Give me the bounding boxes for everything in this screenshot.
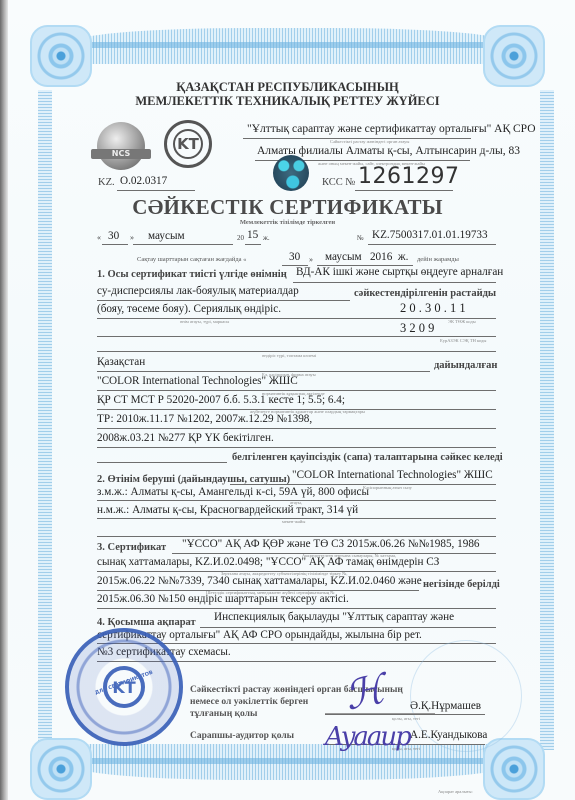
certificate-title: СӘЙКЕСТІК СЕРТИФИКАТЫ [0, 195, 575, 220]
section4-line-1: Инспекциялық бақылауды "Ұлттық сараптау … [214, 611, 454, 623]
hologram-icon [273, 155, 309, 191]
certificate-number: 1261297 [358, 164, 459, 189]
auditor-signature: Ayaaup [325, 722, 410, 752]
ncs-globe-logo-icon: NCS [97, 122, 145, 170]
header-line-2: МЕМЛЕКЕТТІК ТЕХНИКАЛЫҚ РЕТТЕУ ЖҮЙЕСІ [0, 94, 575, 109]
okpd-code: 2 0 . 3 0 . 1 1 [400, 301, 466, 316]
border-top [75, 28, 505, 64]
head-label-2: немесе ол уәкілеттік берген [190, 697, 308, 707]
rule [368, 244, 496, 245]
border-right [540, 90, 554, 750]
header-line-1: ҚАЗАҚСТАН РЕСПУБЛИКАСЫНЫҢ [0, 80, 575, 95]
stamp-kt-icon: KT [103, 666, 145, 708]
rosette-icon [483, 25, 545, 87]
manufactured-text: дайындалған [434, 360, 497, 371]
section1-label: 1. Осы сертификат тиісті үлгіде өнімнің [97, 269, 287, 280]
kt-logo-icon: KT [164, 120, 212, 168]
rule [97, 318, 496, 319]
applicant-name: "COLOR International Technologies" ЖШС [292, 469, 493, 481]
border-left [38, 90, 52, 750]
product-line-2: су-дисперсиялы лак-бояулық материалдар [97, 285, 299, 297]
product-line-1: ВД-АК ішкі және сыртқы өңдеуге арналған [296, 266, 503, 278]
head-name-caption: қолы, аты, тегі [392, 716, 420, 721]
rosette-icon [30, 738, 92, 800]
rosette-icon [30, 25, 92, 87]
registry-subtitle: Мемлекеттік тізілімде тіркелген [0, 219, 575, 226]
issuer-name-caption: Сәйкестікті растау жөніндегі орган атауы [330, 139, 409, 144]
rule [117, 190, 195, 191]
quote-open: « [97, 233, 101, 242]
reg-day: 30 [108, 230, 119, 242]
kz-prefix: KZ. [98, 177, 115, 188]
head-signature: ℋ [341, 666, 389, 719]
validity-day: 30 [289, 251, 300, 263]
rule [245, 244, 261, 245]
section3-line-3: 2015ж.06.22 №№7339, 7340 сынақ хаттамала… [97, 575, 422, 587]
tnved-caption: ЕурАЗЭК СЭҚ ТН коды [440, 338, 486, 343]
production-caption: өндіріс түрі, топтама көлемі [262, 353, 316, 358]
section3-line-2: сынақ хаттамалары, KZ.И.02.0498; "ҰССО" … [97, 556, 439, 568]
reg-year: 15 [247, 229, 258, 241]
standard-line-1: ҚР СТ МСТ Р 52020-2007 б.б. 5.3.1 кесте … [97, 394, 345, 406]
rule [97, 300, 350, 301]
rule [97, 462, 227, 463]
rule [355, 190, 453, 191]
reg-year-suffix: ж. [263, 234, 270, 242]
registration-number: KZ.7500317.01.01.19733 [372, 229, 488, 241]
actual-address: н.м.ж.: Алматы қ-сы, Красногвардейский т… [97, 504, 358, 516]
okpd-caption: ЭК ТӨЖ коды [448, 319, 476, 324]
rule [133, 244, 233, 245]
rule [102, 244, 128, 245]
section3-line-1: "ҰССО" АҚ АФ ҚӨР және ТӨ СЗ 2015ж.06.26 … [182, 538, 480, 550]
product-caption: өнім атауы, түрі, маркасы [180, 319, 229, 324]
standard-line-3: 2008ж.03.21 №277 ҚР ҮК бекітілген. [97, 432, 274, 444]
scan-edge [0, 0, 8, 800]
official-stamp: ДЛЯ СЕРТИФИКАТОВ KT [65, 628, 183, 746]
product-line-3: (бояу, төсеме бояу). Сериялық өндіріс. [97, 303, 281, 315]
kz-code: O.02.0317 [120, 175, 167, 187]
requirements-text: белгіленген қауіпсіздік (сапа) талаптары… [232, 452, 503, 463]
head-name: Ә.Қ.Нұрмашев [410, 700, 481, 712]
rosette-icon [483, 738, 545, 800]
head-label-3: тұлғаның қолы [190, 709, 257, 719]
rule [200, 627, 496, 628]
rule [97, 608, 496, 609]
country: Қазақстан [97, 356, 145, 368]
section4-label: 4. Қосымша ақпарат [97, 617, 196, 628]
ncs-logo-text: NCS [91, 149, 151, 159]
rule [97, 447, 496, 448]
reg-year-prefix: 20 [237, 234, 244, 242]
manufacturer-name: "COLOR International Technologies" ЖШС [97, 375, 298, 387]
reg-month: маусым [148, 230, 185, 242]
section3-label: 3. Сертификат [97, 542, 166, 553]
validity-suffix: дейін жарамды [417, 256, 459, 263]
auditor-label: Сарапшы-аудитор қолы [190, 731, 294, 741]
issued-basis-text: негізінде берілді [423, 579, 500, 590]
reg-no-label: № [357, 234, 364, 242]
validity-month-year: маусым 2016 ж. [325, 251, 408, 263]
kss-label: КСС № [322, 177, 355, 188]
standard-line-2: ТР: 2010ж.11.17 №1202, 2007ж.12.29 №1398… [97, 413, 312, 425]
address-caption: мекен-жайы [282, 519, 305, 524]
issuer-name: "Ұлттық сараптау және сертификаттау орта… [247, 123, 536, 135]
rule [97, 536, 496, 537]
section3-line-4: 2015ж.06.30 №150 өндіріс шарттарын тексе… [97, 593, 349, 605]
kt-logo-text: KT [173, 129, 203, 159]
quote-close: » [130, 233, 134, 242]
applicant-caption: Кәсіпорынның атын сызу [363, 485, 412, 490]
legal-address: з.м.ж.: Алматы қ-сы, Амангельді к-сі, 59… [97, 486, 369, 498]
border-bottom [75, 744, 505, 780]
confirms-text: сәйкестендірілгенін растайды [354, 288, 496, 299]
tnved-code: 3 2 0 9 [400, 321, 434, 336]
footer-note: Ақпарат аралығы: [438, 789, 473, 794]
quote-close: » [309, 255, 313, 264]
auditor-name: А.Е.Куандыкова [410, 729, 487, 741]
rule [97, 351, 496, 352]
validity-prefix: Сақтау шарттарын сақтаған жағдайда « [137, 256, 246, 263]
rule [293, 282, 496, 283]
rule [97, 428, 496, 429]
rule [97, 336, 496, 337]
